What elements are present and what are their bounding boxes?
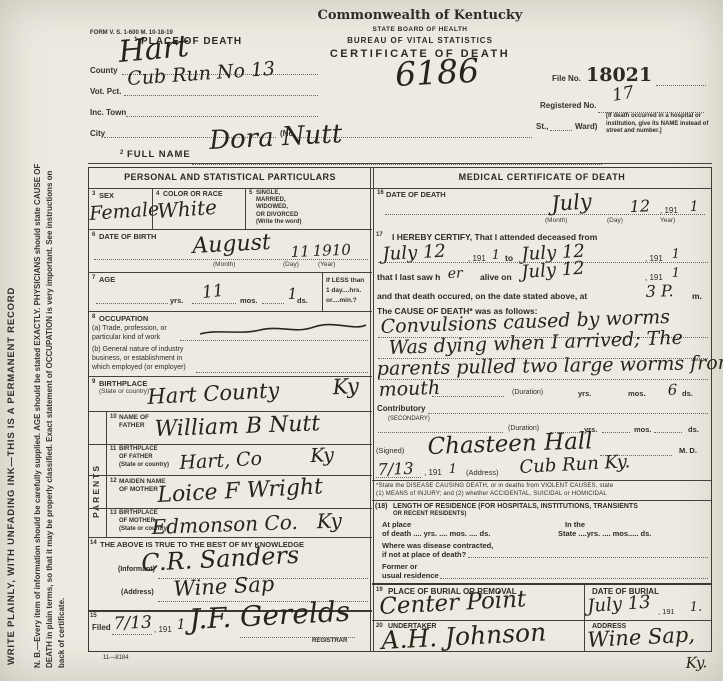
section-10-number: 10: [110, 414, 117, 420]
dotted-leader: [654, 432, 682, 433]
occupation-scribble-mark: [198, 322, 368, 338]
filed-year-printed: , 191: [154, 625, 172, 634]
county-label: County: [90, 66, 118, 75]
disease-contracted-label-2: if not at place of death?: [382, 550, 466, 559]
burial-year-printed: , 191: [658, 607, 675, 616]
certify-alive-label: alive on: [480, 272, 512, 282]
father-name-value: William B Nutt: [154, 413, 320, 441]
certify-from-value: July 12: [382, 243, 446, 264]
dod-year-written: 1: [690, 200, 699, 214]
medical-section-title: MEDICAL CERTIFICATE OF DEATH: [372, 172, 712, 182]
dotted-leader: [196, 372, 368, 373]
cell-divider: [322, 272, 323, 311]
column-divider-inner: [373, 167, 374, 652]
dotted-leader: [112, 634, 152, 635]
signed-year-printed: , 191: [424, 468, 442, 477]
rule: [88, 475, 372, 476]
age-label: AGE: [99, 275, 115, 284]
secondary-caption: (SECONDARY): [388, 416, 430, 422]
signed-address-label: (Address): [466, 468, 499, 477]
section-11-number: 11: [110, 446, 116, 452]
rule: [88, 163, 712, 164]
cause-ds-label: ds.: [682, 389, 693, 398]
section-19-number: 19: [376, 587, 383, 593]
certify-alive-year-written: 1: [672, 267, 681, 280]
section-6-number: 6: [92, 232, 95, 238]
dotted-leader: [96, 303, 168, 304]
dotted-leader: [385, 214, 705, 215]
cause-mos-label: mos.: [628, 389, 646, 398]
informant-address-label: (Address): [121, 589, 154, 596]
dod-day-caption: (Day): [607, 217, 623, 224]
certify-death-label: and that death occured, on the date stat…: [377, 291, 587, 301]
dotted-leader: [192, 303, 236, 304]
residence-state-line: State ....yrs. .... mos..... ds.: [558, 529, 651, 538]
registered-no-value: 17: [611, 85, 635, 105]
sex-value: Female: [89, 200, 160, 224]
contributory-mos-label: mos.: [634, 425, 652, 434]
dod-year-printed: , 191: [660, 206, 678, 215]
section-3-number: 3: [92, 191, 95, 197]
parents-strip-divider: [106, 411, 107, 537]
age-less-than-note: If LESS than 1 day....hrs. or....min.?: [326, 276, 364, 306]
signed-date-value: 7/13: [377, 461, 413, 478]
signed-label: (Signed): [376, 446, 404, 455]
file-no-value: 18021: [586, 64, 652, 86]
section-18-number: (18): [375, 503, 387, 510]
parents-vertical-label: PARENTS: [91, 438, 101, 518]
birthplace-label: BIRTHPLACE: [99, 379, 147, 388]
file-no-label: File No.: [552, 74, 581, 83]
cause-footnote-line-1: *State the DISEASE CAUSING DEATH, or in …: [376, 483, 613, 489]
dod-year-caption: Year): [660, 217, 675, 224]
occupation-b-label: (b) General nature of industry business,…: [92, 346, 186, 372]
dotted-leader: [432, 396, 504, 397]
street-label: St.,: [536, 122, 548, 131]
signed-year-written: 1: [449, 463, 458, 476]
father-birthplace-label: BIRTHPLACE OF FATHER (State or country): [119, 446, 169, 469]
md-label: M. D.: [679, 446, 697, 455]
certify-m-label: m.: [692, 291, 702, 301]
cell-divider: [245, 189, 246, 229]
dotted-leader: [602, 432, 630, 433]
age-mos-label: mos.: [240, 296, 258, 305]
dotted-leader: [180, 340, 368, 341]
age-months-value: 11: [201, 283, 224, 302]
registrar-signature: J.F. Gerelds: [189, 598, 351, 634]
death-certificate-page: WRITE PLAINLY, WITH UNFADING INK—THIS IS…: [0, 0, 723, 681]
hospital-note: [If death occurred in a hospital or inst…: [606, 113, 712, 136]
sex-label: SEX: [99, 191, 114, 200]
rule: [88, 188, 712, 189]
dotted-leader: [428, 413, 708, 414]
print-code: 11—8184: [103, 655, 129, 661]
mother-birthplace-value: Edmonson Co. Ky: [151, 510, 342, 537]
section-15-number: 15: [90, 613, 97, 619]
rule: [88, 272, 372, 273]
certificate-number-value: 6186: [394, 54, 480, 91]
month-caption: (Month): [213, 261, 235, 268]
city-label: City: [90, 129, 105, 138]
section-4-number: 4: [156, 191, 159, 197]
dotted-leader: [192, 164, 602, 165]
undertaker-address-value: Wine Sap,: [587, 624, 696, 651]
dotted-leader: [124, 95, 318, 96]
county-value: Hart: [117, 32, 190, 68]
dotted-leader: [376, 477, 421, 478]
dotted-leader: [550, 130, 572, 131]
bureau-heading: BUREAU OF VITAL STATISTICS: [300, 36, 540, 45]
full-name-value: Dora Nutt: [209, 121, 343, 154]
rule: [88, 537, 372, 538]
residence-of-death-line: of death .... yrs. .... mos. .... ds.: [382, 529, 490, 538]
section-7-number: 7: [92, 275, 95, 281]
dod-month-caption: (Month): [545, 217, 567, 224]
margin-nb-note: N. B.—Every item of information should b…: [32, 160, 82, 668]
date-of-death-label: DATE OF DEATH: [386, 190, 446, 199]
section-9-number: 9: [92, 379, 95, 385]
registered-no-label: Registered No.: [540, 101, 596, 110]
ward-label: Ward): [575, 122, 597, 131]
registrar-label: REGISTRAR: [312, 638, 347, 644]
section-14-number: 14: [90, 540, 97, 546]
dod-month-value: July: [551, 191, 593, 215]
rule: [88, 411, 372, 412]
residence-label-line-2: OR RECENT RESIDENTS): [393, 511, 466, 517]
section-16-number: 16: [377, 190, 384, 196]
marital-status-label: SINGLE, MARRIED, WIDOWED, OR DIVORCED (W…: [256, 190, 302, 226]
certify-time-value: 3 P.: [645, 283, 673, 300]
certify-from-year-written: 1: [492, 249, 501, 262]
cause-duration-caption: (Duration): [512, 389, 543, 396]
vot-pct-label: Vot. Pct.: [90, 87, 121, 96]
dotted-leader: [656, 85, 706, 86]
dob-day-value: 11: [290, 244, 310, 260]
occupation-a-label: (a) Trade, profession, or particular kin…: [92, 325, 167, 343]
age-ds-label: ds.: [297, 296, 308, 305]
burial-date-value: July 13: [587, 594, 651, 616]
former-residence-label-1: Former or: [382, 562, 417, 571]
residence-label-line-1: LENGTH OF RESIDENCE (FOR HOSPITALS, INST…: [393, 503, 638, 510]
filed-date-value: 7/13: [113, 615, 152, 633]
occupation-label: OCCUPATION: [99, 314, 148, 323]
cause-yrs-label: yrs.: [578, 389, 591, 398]
informant-address-value: Wine Sap: [173, 574, 275, 600]
rule: [372, 500, 712, 501]
dod-day-value: 12: [629, 198, 650, 215]
cell-divider: [152, 189, 153, 229]
cause-footnote-line-2: (1) MEANS of INJURY; and (2) whether ACC…: [376, 491, 607, 497]
age-yrs-label: yrs.: [170, 296, 183, 305]
rule: [88, 311, 372, 312]
section-8-number: 8: [92, 314, 95, 320]
former-residence-label-2: usual residence: [382, 571, 439, 580]
section-17-number: 17: [376, 232, 383, 238]
personal-section-title: PERSONAL AND STATISTICAL PARTICULARS: [88, 172, 372, 182]
certify-to-year-written: 1: [672, 248, 681, 261]
dob-year-value: 1910: [312, 243, 351, 259]
column-divider: [370, 167, 371, 652]
rule: [372, 480, 712, 481]
dotted-leader: [468, 557, 708, 558]
dob-month-value: August: [192, 232, 271, 258]
filed-label: Filed: [92, 623, 111, 632]
section-13-number: 13: [110, 510, 117, 516]
contributory-ds-label: ds.: [688, 425, 699, 434]
color-race-value: White: [157, 197, 218, 221]
rule: [88, 229, 372, 230]
birthplace-sub-label: (State or country): [99, 388, 149, 395]
dotted-leader: [126, 116, 318, 117]
burial-cell-divider: [584, 583, 585, 652]
section-5-number: 5: [249, 190, 252, 196]
residence-at-place-label: At place: [382, 520, 411, 529]
day-caption: (Day): [283, 261, 299, 268]
inc-town-label: Inc. Town: [90, 108, 126, 117]
dotted-leader: [262, 303, 284, 304]
dotted-leader: [440, 578, 708, 579]
contributory-label: Contributory: [377, 404, 425, 413]
residence-in-the-label: In the: [565, 520, 585, 529]
thick-rule: [372, 583, 712, 585]
section-12-number: 12: [110, 478, 117, 484]
margin-write-plainly-note: WRITE PLAINLY, WITH UNFADING INK—THIS IS…: [6, 25, 17, 665]
disease-contracted-label-1: Where was disease contracted,: [382, 541, 493, 550]
father-name-label: NAME OF FATHER: [119, 414, 149, 430]
certify-intro: I HEREBY CERTIFY, That I attended deceas…: [392, 232, 597, 242]
dob-label: DATE OF BIRTH: [99, 232, 156, 241]
certify-saw-label: that I last saw h: [377, 272, 440, 282]
year-caption: (Year): [318, 261, 335, 268]
burial-year-written: 1.: [690, 601, 703, 614]
state-board-heading: STATE BOARD OF HEALTH: [300, 26, 540, 33]
section-2-number: 2: [120, 150, 123, 156]
filed-year-written: 1: [177, 618, 186, 632]
full-name-label: FULL NAME: [127, 149, 191, 160]
cause-days-value: 6: [667, 383, 677, 398]
certify-alive-date-value: July 12: [521, 260, 585, 282]
commonwealth-heading: Commonwealth of Kentucky: [300, 8, 540, 23]
certify-saw-handwritten: er: [448, 266, 463, 281]
undertaker-address-state: Ky.: [685, 655, 707, 671]
